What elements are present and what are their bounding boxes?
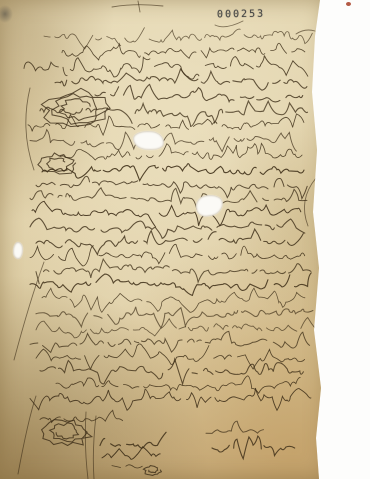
handwriting-line <box>30 218 305 238</box>
paper-chip-left-edge <box>13 242 23 259</box>
red-speck <box>346 2 351 6</box>
handwriting-line <box>95 84 303 102</box>
handwriting-line <box>42 288 305 312</box>
handwriting-line <box>30 244 305 266</box>
handwriting-ink <box>0 0 370 479</box>
flourish-stroke <box>138 1 140 12</box>
handwriting-line <box>56 376 300 394</box>
handwriting-line <box>32 201 301 227</box>
signature-line <box>100 432 166 448</box>
handwriting-line <box>42 164 304 181</box>
manuscript-page: 000253 <box>0 0 326 479</box>
flourish-stroke <box>112 5 163 7</box>
handwriting-line <box>44 28 312 49</box>
signature-line <box>102 447 160 460</box>
signature-line <box>212 436 295 459</box>
flourish-stroke <box>215 21 243 27</box>
handwriting-line <box>36 229 303 254</box>
flourish-stroke <box>85 412 88 479</box>
handwriting-line <box>24 56 308 80</box>
handwriting-line <box>62 43 305 60</box>
handwriting-line <box>36 307 313 328</box>
flourish-stroke <box>18 396 36 474</box>
flourish-stroke <box>93 416 96 479</box>
flourish-stroke <box>14 262 44 360</box>
signature-line <box>112 465 142 468</box>
handwriting-line <box>55 69 307 90</box>
flourish-loop <box>42 420 92 446</box>
manuscript-scan: 000253 <box>0 0 370 479</box>
flourish-loop <box>41 88 110 126</box>
flourish-stroke <box>304 178 316 226</box>
handwriting-line <box>40 359 303 384</box>
handwriting-line <box>30 273 311 296</box>
handwriting-line <box>30 188 307 209</box>
signature-line <box>206 421 264 433</box>
flourish-loop <box>143 466 161 476</box>
handwriting-line <box>36 259 311 284</box>
graphite-smudge <box>0 5 13 23</box>
